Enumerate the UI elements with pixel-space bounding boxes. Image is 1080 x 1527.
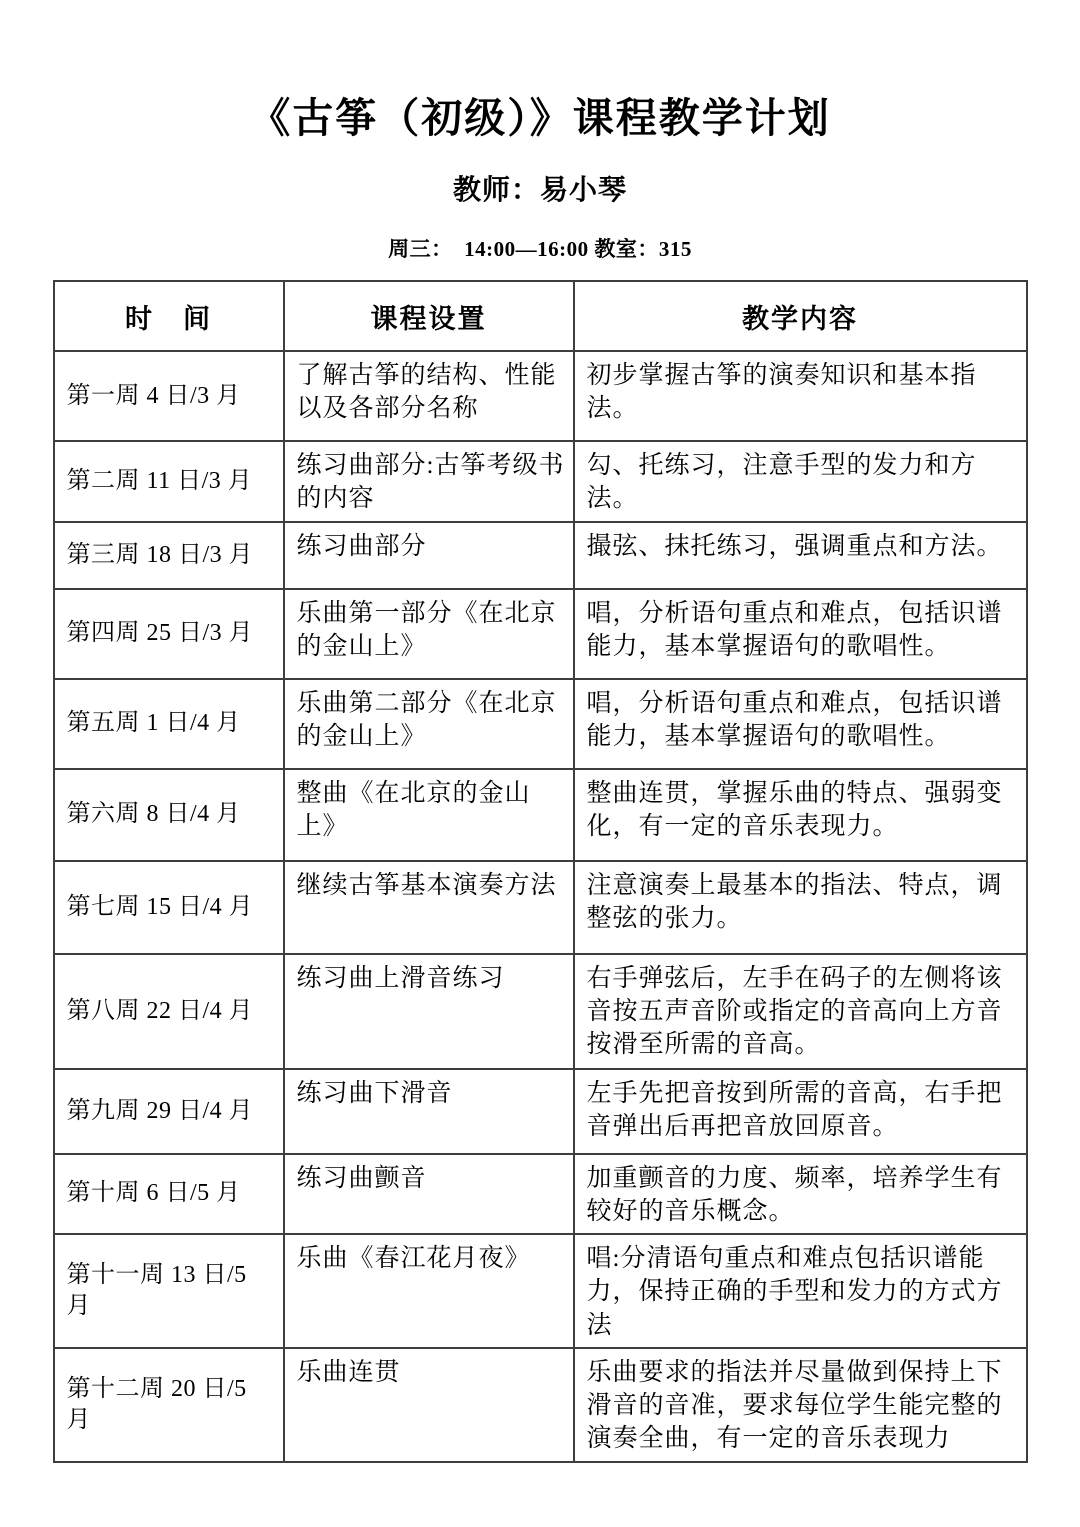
cell-time: 第三周 18 日/3 月 [54,522,284,589]
cell-time: 第二周 11 日/3 月 [54,441,284,522]
cell-course: 练习曲下滑音 [284,1069,574,1154]
schedule-line: 周三： 14:00—16:00 教室：315 [0,233,1080,263]
cell-content: 注意演奏上最基本的指法、特点，调整弦的张力。 [574,861,1027,954]
cell-time: 第十一周 13 日/5 月 [54,1234,284,1348]
table-header-row: 时 间 课程设置 教学内容 [54,281,1027,351]
cell-course: 练习曲上滑音练习 [284,954,574,1069]
cell-course: 练习曲部分:古筝考级书的内容 [284,441,574,522]
table-row: 第二周 11 日/3 月 练习曲部分:古筝考级书的内容 勾、托练习，注意手型的发… [54,441,1027,522]
teacher-line: 教师：易小琴 [0,168,1080,208]
cell-content: 勾、托练习，注意手型的发力和方法。 [574,441,1027,522]
table-row: 第八周 22 日/4 月 练习曲上滑音练习 右手弹弦后，左手在码子的左侧将该音按… [54,954,1027,1069]
table-row: 第十一周 13 日/5 月 乐曲《春江花月夜》 唱:分清语句重点和难点包括识谱能… [54,1234,1027,1348]
cell-course: 了解古筝的结构、性能以及各部分名称 [284,351,574,441]
cell-course: 乐曲第二部分《在北京的金山上》 [284,679,574,769]
table-row: 第五周 1 日/4 月 乐曲第二部分《在北京的金山上》 唱，分析语句重点和难点，… [54,679,1027,769]
cell-time: 第八周 22 日/4 月 [54,954,284,1069]
cell-content: 撮弦、抹托练习，强调重点和方法。 [574,522,1027,589]
cell-course: 继续古筝基本演奏方法 [284,861,574,954]
table-row: 第三周 18 日/3 月 练习曲部分 撮弦、抹托练习，强调重点和方法。 [54,522,1027,589]
cell-time: 第五周 1 日/4 月 [54,679,284,769]
document-page: 《古筝（初级）》课程教学计划 教师：易小琴 周三： 14:00—16:00 教室… [0,0,1080,1527]
table-row: 第一周 4 日/3 月 了解古筝的结构、性能以及各部分名称 初步掌握古筝的演奏知… [54,351,1027,441]
cell-time: 第一周 4 日/3 月 [54,351,284,441]
table-row: 第六周 8 日/4 月 整曲《在北京的金山上》 整曲连贯，掌握乐曲的特点、强弱变… [54,769,1027,861]
cell-course: 乐曲连贯 [284,1348,574,1462]
cell-content: 初步掌握古筝的演奏知识和基本指法。 [574,351,1027,441]
table-row: 第十二周 20 日/5 月 乐曲连贯 乐曲要求的指法并尽量做到保持上下滑音的音准… [54,1348,1027,1462]
table-row: 第四周 25 日/3 月 乐曲第一部分《在北京的金山上》 唱，分析语句重点和难点… [54,589,1027,679]
cell-course: 乐曲第一部分《在北京的金山上》 [284,589,574,679]
cell-content: 整曲连贯，掌握乐曲的特点、强弱变化，有一定的音乐表现力。 [574,769,1027,861]
col-header-content: 教学内容 [574,281,1027,351]
cell-time: 第七周 15 日/4 月 [54,861,284,954]
table-row: 第九周 29 日/4 月 练习曲下滑音 左手先把音按到所需的音高，右手把音弹出后… [54,1069,1027,1154]
col-header-time: 时 间 [54,281,284,351]
cell-content: 加重颤音的力度、频率，培养学生有较好的音乐概念。 [574,1154,1027,1235]
cell-time: 第六周 8 日/4 月 [54,769,284,861]
document-title: 《古筝（初级）》课程教学计划 [0,0,1080,141]
cell-content: 右手弹弦后，左手在码子的左侧将该音按五声音阶或指定的音高向上方音按滑至所需的音高… [574,954,1027,1069]
teaching-plan-table: 时 间 课程设置 教学内容 第一周 4 日/3 月 了解古筝的结构、性能以及各部… [53,280,1028,1463]
cell-content: 唱，分析语句重点和难点，包括识谱能力，基本掌握语句的歌唱性。 [574,589,1027,679]
table-row: 第七周 15 日/4 月 继续古筝基本演奏方法 注意演奏上最基本的指法、特点，调… [54,861,1027,954]
cell-time: 第四周 25 日/3 月 [54,589,284,679]
cell-course: 练习曲颤音 [284,1154,574,1235]
cell-course: 练习曲部分 [284,522,574,589]
cell-course: 乐曲《春江花月夜》 [284,1234,574,1348]
cell-content: 乐曲要求的指法并尽量做到保持上下滑音的音准，要求每位学生能完整的演奏全曲，有一定… [574,1348,1027,1462]
cell-content: 唱:分清语句重点和难点包括识谱能力，保持正确的手型和发力的方式方法 [574,1234,1027,1348]
col-header-course: 课程设置 [284,281,574,351]
table-row: 第十周 6 日/5 月 练习曲颤音 加重颤音的力度、频率，培养学生有较好的音乐概… [54,1154,1027,1235]
cell-content: 唱，分析语句重点和难点，包括识谱能力，基本掌握语句的歌唱性。 [574,679,1027,769]
cell-course: 整曲《在北京的金山上》 [284,769,574,861]
cell-time: 第十周 6 日/5 月 [54,1154,284,1235]
cell-time: 第九周 29 日/4 月 [54,1069,284,1154]
cell-content: 左手先把音按到所需的音高，右手把音弹出后再把音放回原音。 [574,1069,1027,1154]
cell-time: 第十二周 20 日/5 月 [54,1348,284,1462]
